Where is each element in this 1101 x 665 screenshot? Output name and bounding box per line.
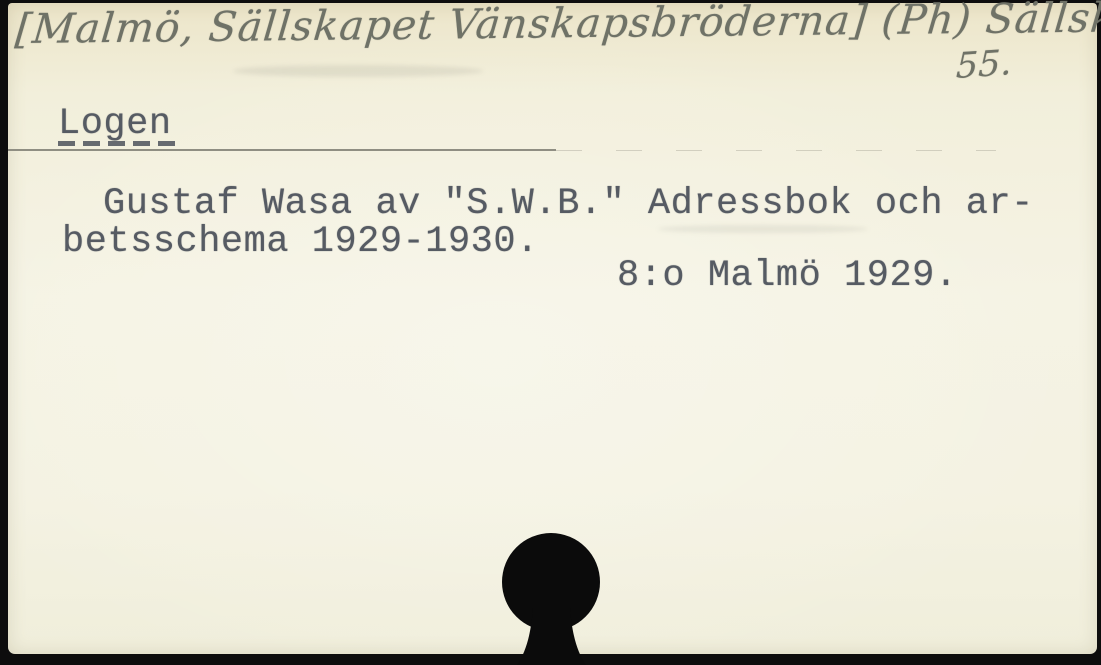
scanned-catalog-card-image: [Malmö, Sällskapet Vänskapsbröderna] (Ph… bbox=[0, 0, 1101, 665]
handwritten-shelf-number: 55. bbox=[955, 43, 1012, 87]
typed-imprint-line: 8:o Malmö 1929. bbox=[617, 255, 958, 297]
typed-body-line-1: Gustaf Wasa av "S.W.B." Adressbok och ar… bbox=[103, 183, 1034, 225]
handwritten-heading: [Malmö, Sällskapet Vänskapsbröderna] (Ph… bbox=[13, 0, 1101, 53]
catalog-card: [Malmö, Sällskapet Vänskapsbröderna] (Ph… bbox=[8, 3, 1097, 654]
smudge-mark bbox=[233, 65, 483, 77]
printed-rule-line-faint bbox=[556, 150, 996, 151]
smudge-mark bbox=[658, 225, 868, 233]
typed-body-line-2: betsschema 1929-1930. bbox=[62, 221, 539, 263]
typed-heading-underline bbox=[58, 141, 178, 146]
typed-heading: Logen bbox=[58, 103, 172, 145]
printed-rule-line bbox=[8, 149, 556, 151]
